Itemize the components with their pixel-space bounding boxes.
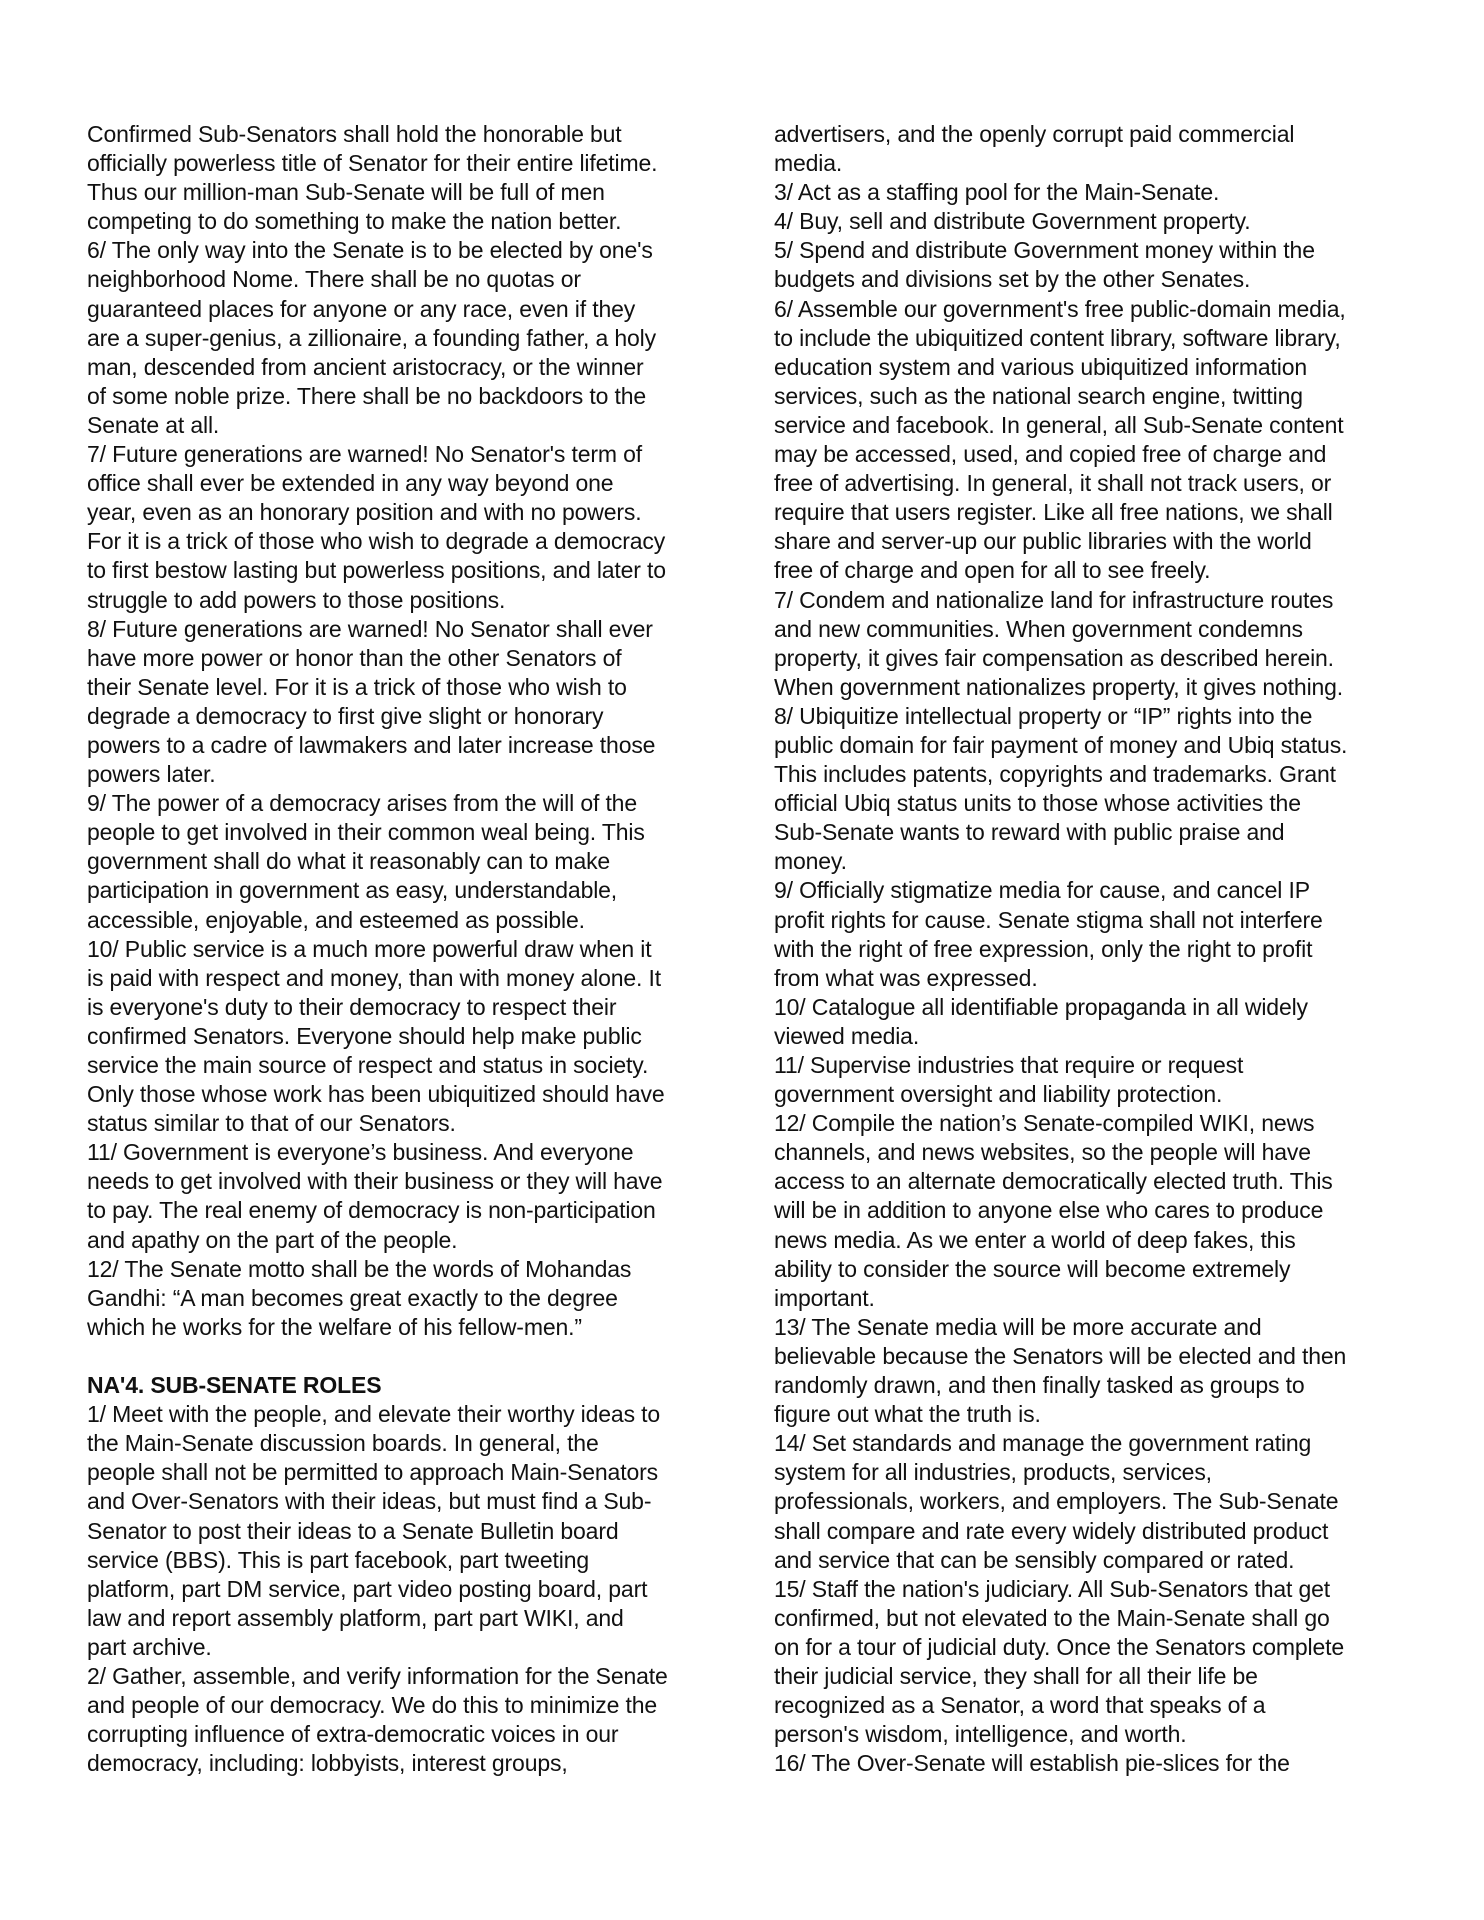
text-line: is paid with respect and money, than wit…: [87, 964, 727, 993]
text-line: advertisers, and the openly corrupt paid…: [774, 120, 1414, 149]
text-line: corrupting influence of extra-democratic…: [87, 1720, 727, 1749]
text-line: participation in government as easy, und…: [87, 876, 727, 905]
text-line: competing to do something to make the na…: [87, 207, 727, 236]
text-line: 1/ Meet with the people, and elevate the…: [87, 1400, 727, 1429]
text-line: needs to get involved with their busines…: [87, 1167, 727, 1196]
text-line: Gandhi: “A man becomes great exactly to …: [87, 1284, 727, 1313]
text-line: of some noble prize. There shall be no b…: [87, 382, 727, 411]
text-line: budgets and divisions set by the other S…: [774, 265, 1414, 294]
text-line: and new communities. When government con…: [774, 615, 1414, 644]
text-line: office shall ever be extended in any way…: [87, 469, 727, 498]
text-line: 14/ Set standards and manage the governm…: [774, 1429, 1414, 1458]
text-line: figure out what the truth is.: [774, 1400, 1414, 1429]
text-line: services, such as the national search en…: [774, 382, 1414, 411]
text-line: 7/ Condem and nationalize land for infra…: [774, 586, 1414, 615]
paragraph-gap: [87, 1342, 727, 1371]
text-line: 10/ Catalogue all identifiable propagand…: [774, 993, 1414, 1022]
text-line: 10/ Public service is a much more powerf…: [87, 935, 727, 964]
text-line: system for all industries, products, ser…: [774, 1458, 1414, 1487]
text-line: 16/ The Over-Senate will establish pie-s…: [774, 1749, 1414, 1778]
text-line: believable because the Senators will be …: [774, 1342, 1414, 1371]
text-line: viewed media.: [774, 1022, 1414, 1051]
text-line: and people of our democracy. We do this …: [87, 1691, 727, 1720]
text-line: 5/ Spend and distribute Government money…: [774, 236, 1414, 265]
text-line: Thus our million-man Sub-Senate will be …: [87, 178, 727, 207]
text-line: 13/ The Senate media will be more accura…: [774, 1313, 1414, 1342]
text-line: 6/ The only way into the Senate is to be…: [87, 236, 727, 265]
text-line: part archive.: [87, 1633, 727, 1662]
text-line: year, even as an honorary position and w…: [87, 498, 727, 527]
text-line: Confirmed Sub-Senators shall hold the ho…: [87, 120, 727, 149]
text-line: channels, and news websites, so the peop…: [774, 1138, 1414, 1167]
text-line: accessible, enjoyable, and esteemed as p…: [87, 906, 727, 935]
text-line: Sub-Senate wants to reward with public p…: [774, 818, 1414, 847]
text-line: neighborhood Nome. There shall be no quo…: [87, 265, 727, 294]
text-line: man, descended from ancient aristocracy,…: [87, 353, 727, 382]
text-line: struggle to add powers to those position…: [87, 586, 727, 615]
text-line: will be in addition to anyone else who c…: [774, 1196, 1414, 1225]
text-line: recognized as a Senator, a word that spe…: [774, 1691, 1414, 1720]
text-line: democracy, including: lobbyists, interes…: [87, 1749, 727, 1778]
text-line: public domain for fair payment of money …: [774, 731, 1414, 760]
text-line: degrade a democracy to first give slight…: [87, 702, 727, 731]
text-line: 7/ Future generations are warned! No Sen…: [87, 440, 727, 469]
text-line: 11/ Supervise industries that require or…: [774, 1051, 1414, 1080]
text-line: share and server-up our public libraries…: [774, 527, 1414, 556]
text-line: their Senate level. For it is a trick of…: [87, 673, 727, 702]
text-line: require that users register. Like all fr…: [774, 498, 1414, 527]
text-line: confirmed, but not elevated to the Main-…: [774, 1604, 1414, 1633]
text-line: 11/ Government is everyone’s business. A…: [87, 1138, 727, 1167]
text-line: to pay. The real enemy of democracy is n…: [87, 1196, 727, 1225]
text-line: platform, part DM service, part video po…: [87, 1575, 727, 1604]
text-line: on for a tour of judicial duty. Once the…: [774, 1633, 1414, 1662]
text-line: and Over-Senators with their ideas, but …: [87, 1487, 727, 1516]
text-line: 2/ Gather, assemble, and verify informat…: [87, 1662, 727, 1691]
text-line: 8/ Ubiquitize intellectual property or “…: [774, 702, 1414, 731]
text-line: which he works for the welfare of his fe…: [87, 1313, 727, 1342]
text-line: may be accessed, used, and copied free o…: [774, 440, 1414, 469]
text-line: news media. As we enter a world of deep …: [774, 1226, 1414, 1255]
text-line: powers to a cadre of lawmakers and later…: [87, 731, 727, 760]
text-line: 9/ Officially stigmatize media for cause…: [774, 876, 1414, 905]
text-line: are a super-genius, a zillionaire, a fou…: [87, 324, 727, 353]
text-line: to include the ubiquitized content libra…: [774, 324, 1414, 353]
text-line: government shall do what it reasonably c…: [87, 847, 727, 876]
text-line: free of charge and open for all to see f…: [774, 556, 1414, 585]
text-line: Senate at all.: [87, 411, 727, 440]
section-heading: NA'4. SUB-SENATE ROLES: [87, 1371, 727, 1400]
text-line: Only those whose work has been ubiquitiz…: [87, 1080, 727, 1109]
text-line: government oversight and liability prote…: [774, 1080, 1414, 1109]
text-line: 3/ Act as a staffing pool for the Main-S…: [774, 178, 1414, 207]
text-line: person's wisdom, intelligence, and worth…: [774, 1720, 1414, 1749]
text-line: officially powerless title of Senator fo…: [87, 149, 727, 178]
text-line: service (BBS). This is part facebook, pa…: [87, 1546, 727, 1575]
text-line: is everyone's duty to their democracy to…: [87, 993, 727, 1022]
text-line: media.: [774, 149, 1414, 178]
text-line: 15/ Staff the nation's judiciary. All Su…: [774, 1575, 1414, 1604]
text-line: 4/ Buy, sell and distribute Government p…: [774, 207, 1414, 236]
text-line: profit rights for cause. Senate stigma s…: [774, 906, 1414, 935]
text-line: access to an alternate democratically el…: [774, 1167, 1414, 1196]
text-line: people shall not be permitted to approac…: [87, 1458, 727, 1487]
text-line: professionals, workers, and employers. T…: [774, 1487, 1414, 1516]
text-line: 8/ Future generations are warned! No Sen…: [87, 615, 727, 644]
text-line: This includes patents, copyrights and tr…: [774, 760, 1414, 789]
text-line: Senator to post their ideas to a Senate …: [87, 1517, 727, 1546]
text-line: When government nationalizes property, i…: [774, 673, 1414, 702]
text-line: guaranteed places for anyone or any race…: [87, 295, 727, 324]
document-page: Confirmed Sub-Senators shall hold the ho…: [0, 0, 1484, 1920]
text-line: money.: [774, 847, 1414, 876]
text-line: official Ubiq status units to those whos…: [774, 789, 1414, 818]
text-line: powers later.: [87, 760, 727, 789]
text-line: free of advertising. In general, it shal…: [774, 469, 1414, 498]
text-line: randomly drawn, and then finally tasked …: [774, 1371, 1414, 1400]
right-column: advertisers, and the openly corrupt paid…: [774, 120, 1414, 1778]
text-line: shall compare and rate every widely dist…: [774, 1517, 1414, 1546]
text-line: important.: [774, 1284, 1414, 1313]
text-line: service and facebook. In general, all Su…: [774, 411, 1414, 440]
text-line: law and report assembly platform, part p…: [87, 1604, 727, 1633]
text-line: and service that can be sensibly compare…: [774, 1546, 1414, 1575]
text-line: have more power or honor than the other …: [87, 644, 727, 673]
text-line: the Main-Senate discussion boards. In ge…: [87, 1429, 727, 1458]
text-line: 9/ The power of a democracy arises from …: [87, 789, 727, 818]
text-line: with the right of free expression, only …: [774, 935, 1414, 964]
text-line: 6/ Assemble our government's free public…: [774, 295, 1414, 324]
text-line: confirmed Senators. Everyone should help…: [87, 1022, 727, 1051]
text-line: property, it gives fair compensation as …: [774, 644, 1414, 673]
left-column: Confirmed Sub-Senators shall hold the ho…: [87, 120, 727, 1778]
text-line: from what was expressed.: [774, 964, 1414, 993]
text-line: ability to consider the source will beco…: [774, 1255, 1414, 1284]
text-line: status similar to that of our Senators.: [87, 1109, 727, 1138]
text-line: service the main source of respect and s…: [87, 1051, 727, 1080]
text-line: to first bestow lasting but powerless po…: [87, 556, 727, 585]
text-line: their judicial service, they shall for a…: [774, 1662, 1414, 1691]
text-line: 12/ Compile the nation’s Senate-compiled…: [774, 1109, 1414, 1138]
text-line: education system and various ubiquitized…: [774, 353, 1414, 382]
text-line: For it is a trick of those who wish to d…: [87, 527, 727, 556]
text-line: people to get involved in their common w…: [87, 818, 727, 847]
text-line: and apathy on the part of the people.: [87, 1226, 727, 1255]
text-line: 12/ The Senate motto shall be the words …: [87, 1255, 727, 1284]
